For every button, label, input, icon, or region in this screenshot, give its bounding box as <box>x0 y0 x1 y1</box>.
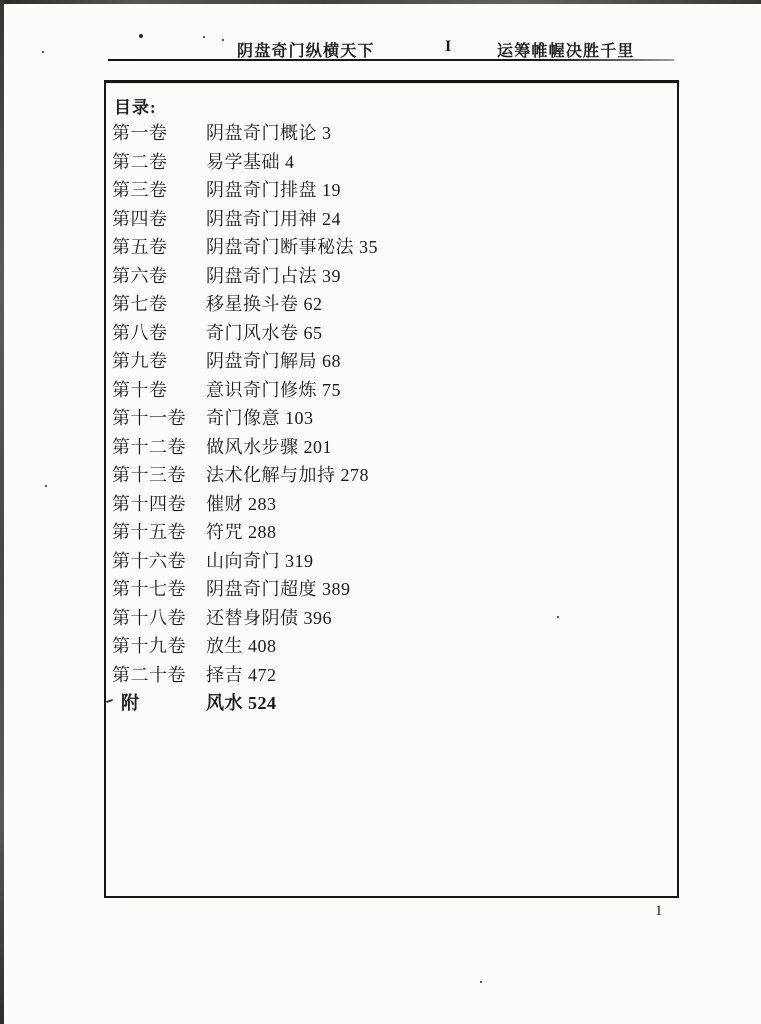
toc-entry: 第十三卷法术化解与加持 278 <box>112 461 673 490</box>
toc-title: 还替身阴债 396 <box>206 604 673 633</box>
toc-entry: 第十六卷山向奇门 319 <box>112 547 673 576</box>
toc-chapter-label: 第十一卷 <box>112 404 206 433</box>
toc-entry: 第十二卷做风水步骤 201 <box>112 433 673 462</box>
toc-chapter-label: 第二十卷 <box>112 661 206 690</box>
toc-page-ref: 35 <box>359 237 378 257</box>
toc-page-ref: 472 <box>248 665 277 685</box>
toc-title: 移星换斗卷 62 <box>206 290 673 319</box>
toc-chapter-label: 第十七卷 <box>112 575 206 604</box>
toc-chapter-label: 第六卷 <box>112 262 206 291</box>
toc-chapter-label: 第十三卷 <box>112 461 206 490</box>
scan-speck <box>139 34 143 38</box>
toc-entry: 第十卷意识奇门修炼 75 <box>112 376 673 405</box>
toc-title-text: 阴盘奇门用神 <box>206 209 317 229</box>
toc-title-text: 法术化解与加持 <box>206 465 336 485</box>
toc-page-ref: 524 <box>248 693 277 713</box>
toc-title-text: 做风水步骤 <box>206 437 299 457</box>
toc-chapter-label: 第十四卷 <box>112 490 206 519</box>
toc-title: 易学基础 4 <box>206 148 673 177</box>
toc-title: 阴盘奇门概论 3 <box>206 119 673 148</box>
toc-chapter-label: 第四卷 <box>112 205 206 234</box>
toc-title-text: 符咒 <box>206 522 243 542</box>
toc-title: 风水 524 <box>206 689 673 718</box>
toc-page-ref: 62 <box>304 294 323 314</box>
toc-title-text: 意识奇门修炼 <box>206 380 317 400</box>
toc-title: 奇门像意 103 <box>206 404 673 433</box>
scan-speck <box>42 51 44 53</box>
toc-box: 目录: 第一卷阴盘奇门概论 3第二卷易学基础 4第三卷阴盘奇门排盘 19第四卷阴… <box>104 80 679 898</box>
toc-entry: 第八卷奇门风水卷 65 <box>112 319 673 348</box>
toc-page-ref: 288 <box>248 522 277 542</box>
toc-page-ref: 103 <box>285 408 314 428</box>
toc-chapter-label: 第十二卷 <box>112 433 206 462</box>
toc-page-ref: 278 <box>341 465 370 485</box>
toc-title: 法术化解与加持 278 <box>206 461 673 490</box>
toc-page-ref: 408 <box>248 636 277 656</box>
header-rule <box>108 59 674 61</box>
toc-title-text: 放生 <box>206 636 243 656</box>
toc-entry: 第一卷阴盘奇门概论 3 <box>112 119 673 148</box>
toc-heading: 目录: <box>114 93 157 118</box>
toc-entry: 第十一卷奇门像意 103 <box>112 404 673 433</box>
toc-title-text: 风水 <box>206 693 243 713</box>
scan-artifact-left-edge <box>0 0 4 1024</box>
toc-chapter-label: 第一卷 <box>112 119 206 148</box>
header-book-title: 阴盘奇门纵横天下 <box>237 38 375 61</box>
toc-title: 做风水步骤 201 <box>206 433 673 462</box>
toc-title-text: 奇门风水卷 <box>206 323 299 343</box>
toc-chapter-label: 第九卷 <box>112 347 206 376</box>
toc-title: 放生 408 <box>206 632 673 661</box>
header-roman-numeral: I <box>445 38 452 56</box>
toc-title: 阴盘奇门超度 389 <box>206 575 673 604</box>
toc-entry: 第二十卷择吉 472 <box>112 661 673 690</box>
toc-title-text: 阴盘奇门占法 <box>206 266 317 286</box>
toc-title: 催财 283 <box>206 490 673 519</box>
toc-title-text: 奇门像意 <box>206 408 280 428</box>
toc-title-text: 阴盘奇门超度 <box>206 579 317 599</box>
toc-title: 阴盘奇门占法 39 <box>206 262 673 291</box>
toc-title: 阴盘奇门用神 24 <box>206 205 673 234</box>
toc-page-ref: 75 <box>322 380 341 400</box>
toc-chapter-label: 第二卷 <box>112 148 206 177</box>
toc-title-text: 阴盘奇门排盘 <box>206 180 317 200</box>
toc-entry: 第五卷阴盘奇门断事秘法 35 <box>112 233 673 262</box>
toc-title-text: 还替身阴债 <box>206 608 299 628</box>
toc-chapter-label: 第十六卷 <box>112 547 206 576</box>
toc-page-ref: 389 <box>322 579 351 599</box>
scan-artifact-top-edge <box>0 0 761 4</box>
toc-entry: 第二卷易学基础 4 <box>112 148 673 177</box>
toc-entry: 第九卷阴盘奇门解局 68 <box>112 347 673 376</box>
toc-title-text: 移星换斗卷 <box>206 294 299 314</box>
toc-entry: 第四卷阴盘奇门用神 24 <box>112 205 673 234</box>
toc-entry: 第十九卷放生 408 <box>112 632 673 661</box>
toc-title: 阴盘奇门排盘 19 <box>206 176 673 205</box>
toc-chapter-label: 第十五卷 <box>112 518 206 547</box>
toc-title-text: 阴盘奇门概论 <box>206 123 317 143</box>
toc-title-text: 阴盘奇门解局 <box>206 351 317 371</box>
toc-chapter-label: 第十卷 <box>112 376 206 405</box>
toc-chapter-label: 第三卷 <box>112 176 206 205</box>
toc-title: 山向奇门 319 <box>206 547 673 576</box>
toc-page-ref: 201 <box>304 437 333 457</box>
header-motto: 运筹帷幄决胜千里 <box>497 38 635 61</box>
scan-speck <box>203 36 205 38</box>
toc-entry: 附风水 524 <box>112 689 673 718</box>
toc-chapter-label: 第五卷 <box>112 233 206 262</box>
toc-entry: 第十五卷符咒 288 <box>112 518 673 547</box>
toc-entry: 第十七卷阴盘奇门超度 389 <box>112 575 673 604</box>
page-number: 1 <box>655 903 663 920</box>
scanned-page: 阴盘奇门纵横天下 I 运筹帷幄决胜千里 目录: 第一卷阴盘奇门概论 3第二卷易学… <box>0 0 761 1024</box>
toc-page-ref: 319 <box>285 551 314 571</box>
scan-speck <box>45 485 47 487</box>
toc-title-text: 山向奇门 <box>206 551 280 571</box>
toc-title: 意识奇门修炼 75 <box>206 376 673 405</box>
toc-page-ref: 3 <box>322 123 332 143</box>
toc-page-ref: 68 <box>322 351 341 371</box>
toc-title-text: 择吉 <box>206 665 243 685</box>
toc-page-ref: 283 <box>248 494 277 514</box>
toc-chapter-label: 第七卷 <box>112 290 206 319</box>
toc-page-ref: 19 <box>322 180 341 200</box>
scan-speck <box>222 39 224 41</box>
toc-title-text: 催财 <box>206 494 243 514</box>
toc-entry: 第七卷移星换斗卷 62 <box>112 290 673 319</box>
toc-chapter-label: 第十八卷 <box>112 604 206 633</box>
toc-title: 择吉 472 <box>206 661 673 690</box>
toc-page-ref: 39 <box>322 266 341 286</box>
toc-page-ref: 65 <box>304 323 323 343</box>
toc-entry: 第十八卷还替身阴债 396 <box>112 604 673 633</box>
toc-title-text: 阴盘奇门断事秘法 <box>206 237 354 257</box>
toc-title: 符咒 288 <box>206 518 673 547</box>
toc-chapter-label: 第八卷 <box>112 319 206 348</box>
toc-list: 第一卷阴盘奇门概论 3第二卷易学基础 4第三卷阴盘奇门排盘 19第四卷阴盘奇门用… <box>112 119 673 718</box>
toc-chapter-label: 附 <box>112 689 206 718</box>
toc-entry: 第十四卷催财 283 <box>112 490 673 519</box>
toc-entry: 第三卷阴盘奇门排盘 19 <box>112 176 673 205</box>
toc-chapter-label: 第十九卷 <box>112 632 206 661</box>
toc-page-ref: 24 <box>322 209 341 229</box>
toc-title: 奇门风水卷 65 <box>206 319 673 348</box>
toc-page-ref: 396 <box>304 608 333 628</box>
toc-entry: 第六卷阴盘奇门占法 39 <box>112 262 673 291</box>
toc-title-text: 易学基础 <box>206 152 280 172</box>
toc-page-ref: 4 <box>285 152 295 172</box>
toc-title: 阴盘奇门断事秘法 35 <box>206 233 673 262</box>
scan-speck <box>480 981 482 983</box>
toc-title: 阴盘奇门解局 68 <box>206 347 673 376</box>
